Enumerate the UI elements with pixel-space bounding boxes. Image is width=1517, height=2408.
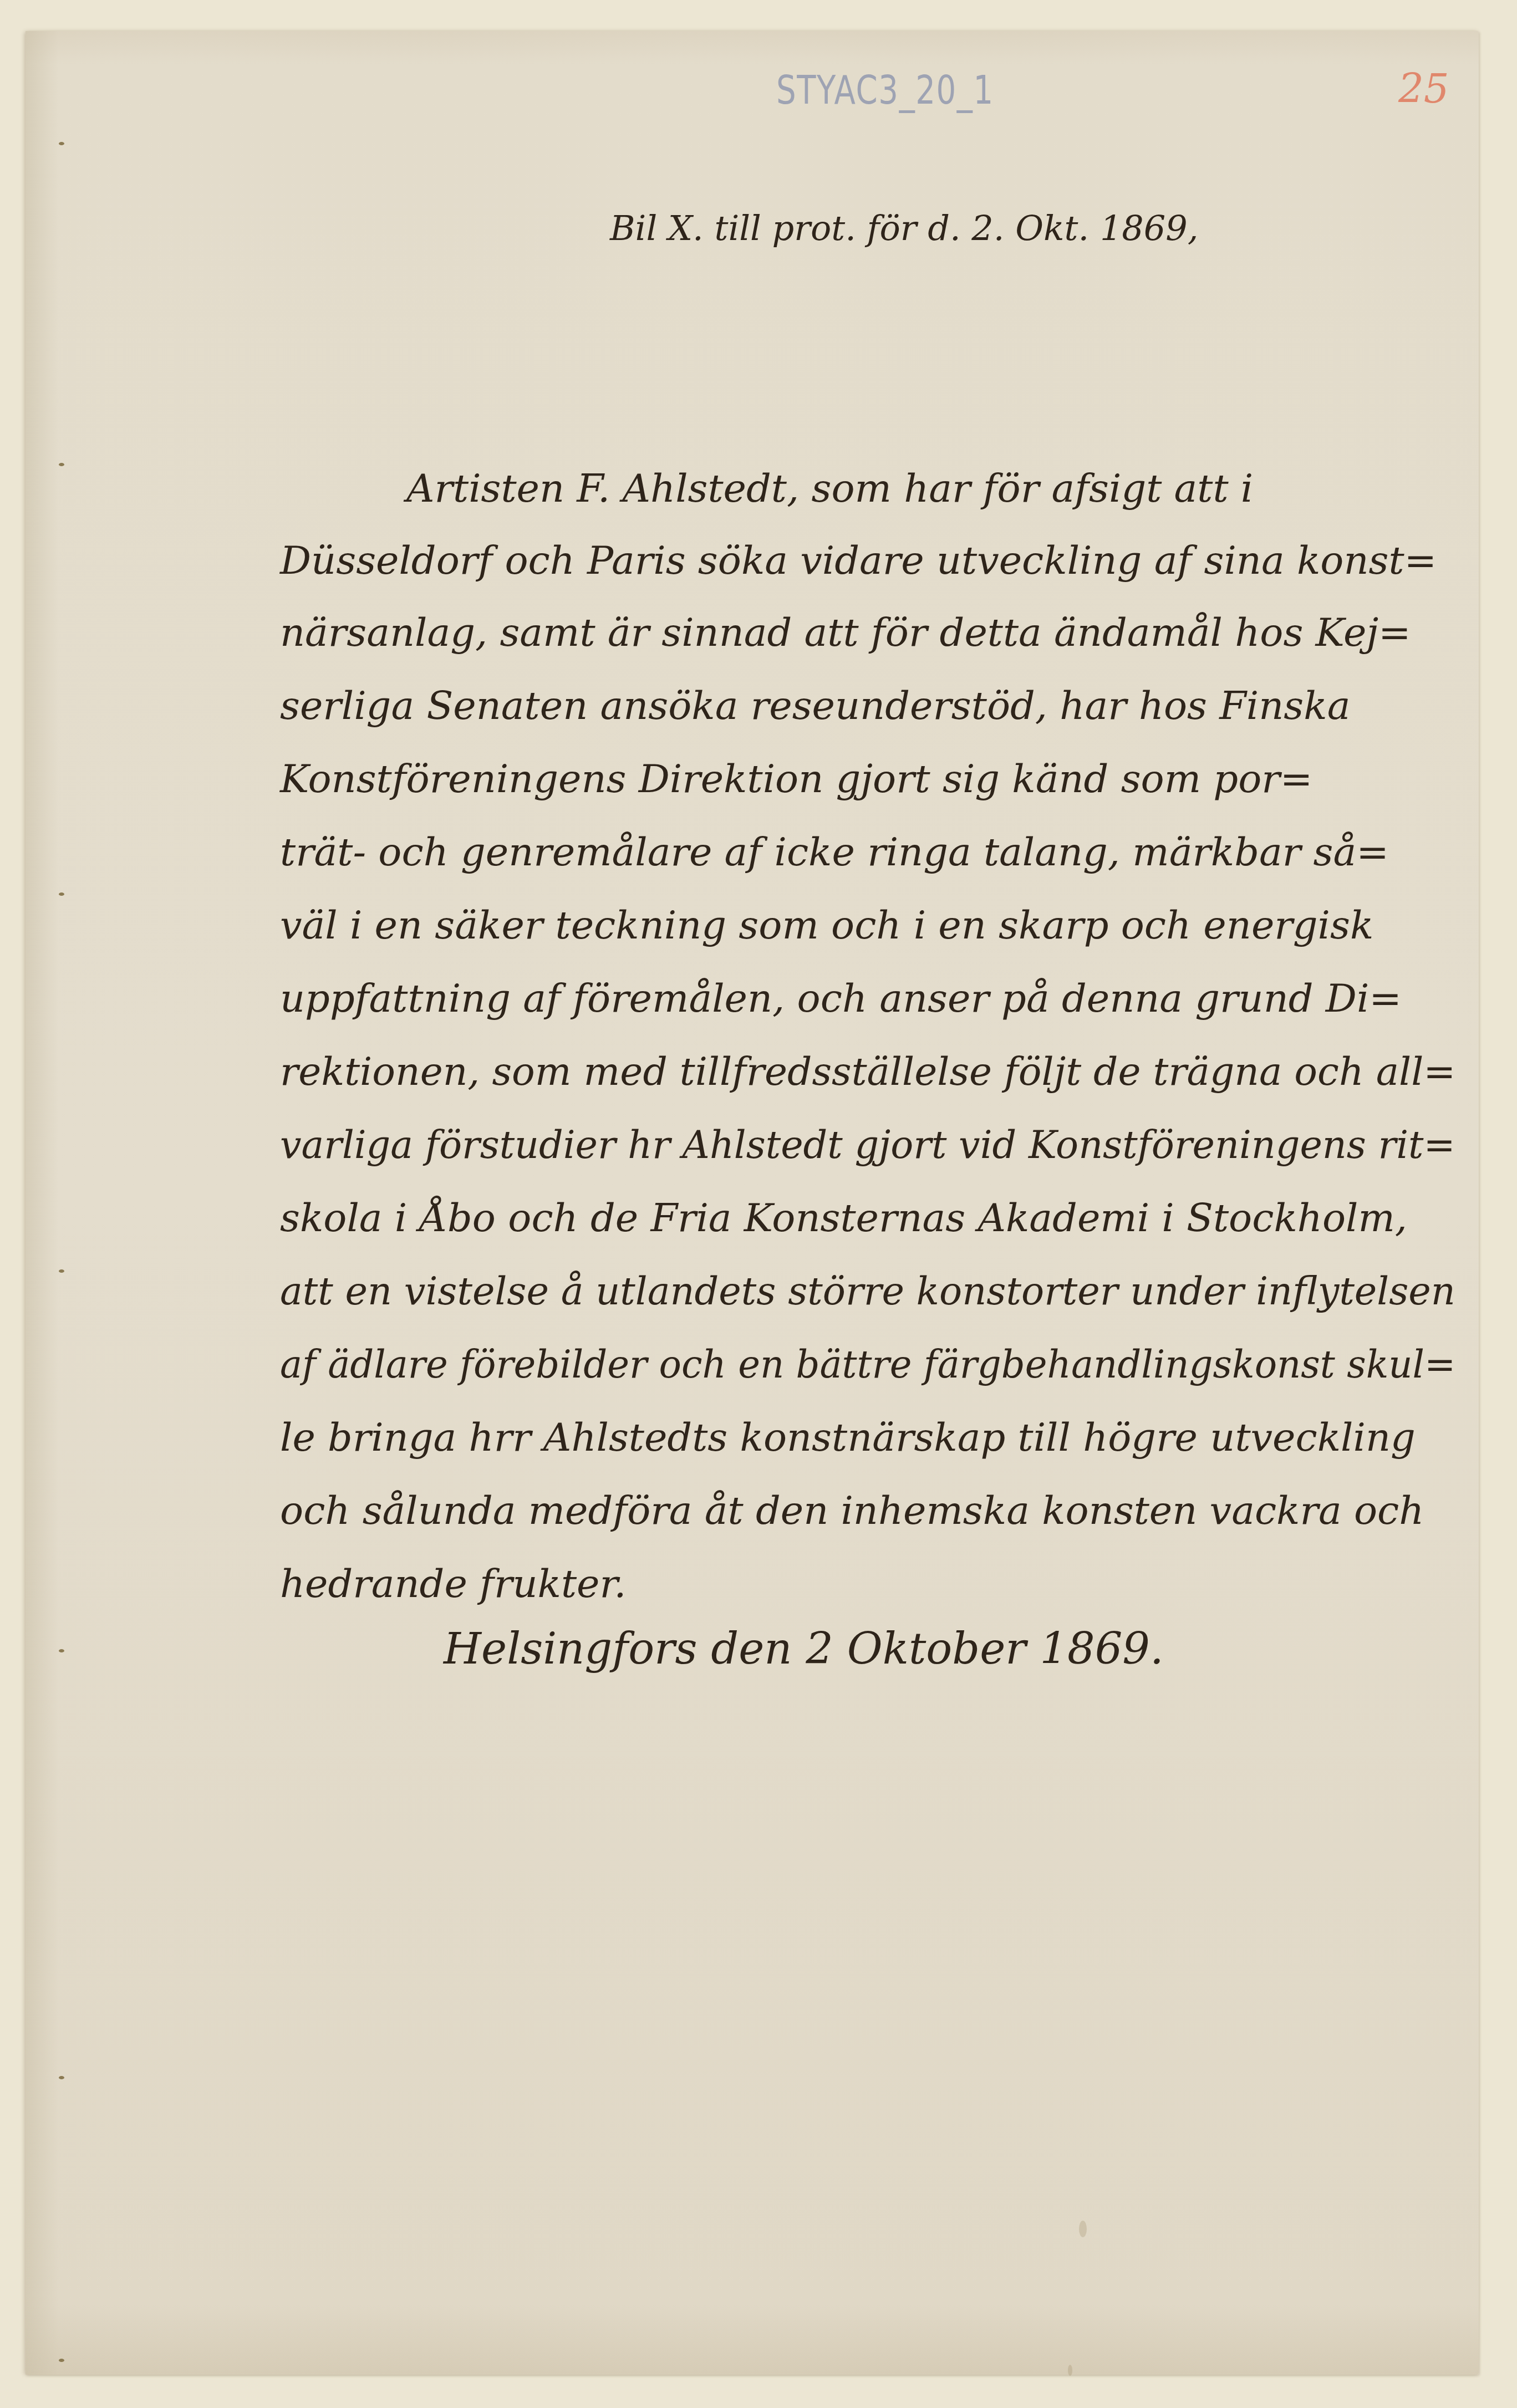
binding-hole	[59, 2359, 64, 2362]
body-line: le bringa hrr Ahlstedts konstnärskap til…	[280, 1415, 1455, 1460]
body-line-text: väl i en säker teckning som och i en ska…	[280, 902, 1455, 948]
body-line: Düsseldorf och Paris söka vidare utveckl…	[280, 538, 1455, 583]
body-line: uppfattning af föremålen, och anser på d…	[280, 976, 1455, 1021]
body-line: serliga Senaten ansöka reseunderstöd, ha…	[280, 683, 1455, 728]
body-line: varliga förstudier hr Ahlstedt gjort vid…	[280, 1122, 1455, 1167]
body-line-text: Düsseldorf och Paris söka vidare utveckl…	[280, 538, 1455, 583]
body-line-text: hedrande frukter.	[280, 1561, 1455, 1606]
body-line: rektionen, som med tillfredsställelse fö…	[280, 1049, 1455, 1094]
body-line: Konstföreningens Direktion gjort sig kän…	[280, 756, 1455, 802]
body-line-text: uppfattning af föremålen, och anser på d…	[280, 976, 1455, 1021]
body-line-text: af ädlare förebilder och en bättre färgb…	[280, 1341, 1408, 1387]
body-line-text: och sålunda medföra åt den inhemska kons…	[280, 1488, 1455, 1533]
body-line-text: rektionen, som med tillfredsställelse fö…	[280, 1049, 1444, 1094]
place-and-date-line: Helsingfors den 2 Oktober 1869.	[444, 1624, 1164, 1674]
body-line: trät- och genremålare af icke ringa tala…	[280, 829, 1455, 875]
paper-stain	[1068, 2365, 1072, 2376]
body-line-text: att en vistelse å utlandets större konst…	[280, 1268, 1429, 1314]
binding-hole	[59, 1649, 64, 1652]
binding-hole	[59, 1269, 64, 1273]
body-line: af ädlare förebilder och en bättre färgb…	[280, 1341, 1455, 1387]
body-line-text: Konstföreningens Direktion gjort sig kän…	[280, 756, 1455, 802]
body-line-text: le bringa hrr Ahlstedts konstnärskap til…	[280, 1415, 1455, 1460]
body-line: närsanlag, samt är sinnad att för detta …	[280, 610, 1455, 655]
paper-stain	[1079, 2221, 1087, 2237]
body-line: att en vistelse å utlandets större konst…	[280, 1268, 1455, 1314]
binding-hole	[59, 892, 64, 896]
binding-hole	[59, 463, 64, 466]
body-line-text: närsanlag, samt är sinnad att för detta …	[280, 610, 1455, 655]
body-line: Artisten F. Ahlstedt, som har för afsigt…	[280, 466, 1455, 511]
document-header: Bil X. till prot. för d. 2. Okt. 1869,	[610, 208, 1198, 248]
body-line-text: Artisten F. Ahlstedt, som har för afsigt…	[406, 466, 1455, 511]
body-line-text: trät- och genremålare af icke ringa tala…	[280, 829, 1455, 875]
body-line: och sålunda medföra åt den inhemska kons…	[280, 1488, 1455, 1533]
body-line: hedrande frukter.	[280, 1561, 1455, 1606]
body-line-text: skola i Åbo och de Fria Konsternas Akade…	[280, 1195, 1455, 1241]
folio-number: 25	[1398, 65, 1449, 112]
body-line: väl i en säker teckning som och i en ska…	[280, 902, 1455, 948]
body-line-text: serliga Senaten ansöka reseunderstöd, ha…	[280, 683, 1455, 728]
binding-hole	[59, 142, 64, 145]
body-line: skola i Åbo och de Fria Konsternas Akade…	[280, 1195, 1455, 1241]
archive-reference-id: STYAC3_20_1	[776, 67, 994, 113]
binding-hole	[59, 2076, 64, 2079]
body-line-text: varliga förstudier hr Ahlstedt gjort vid…	[280, 1122, 1426, 1167]
